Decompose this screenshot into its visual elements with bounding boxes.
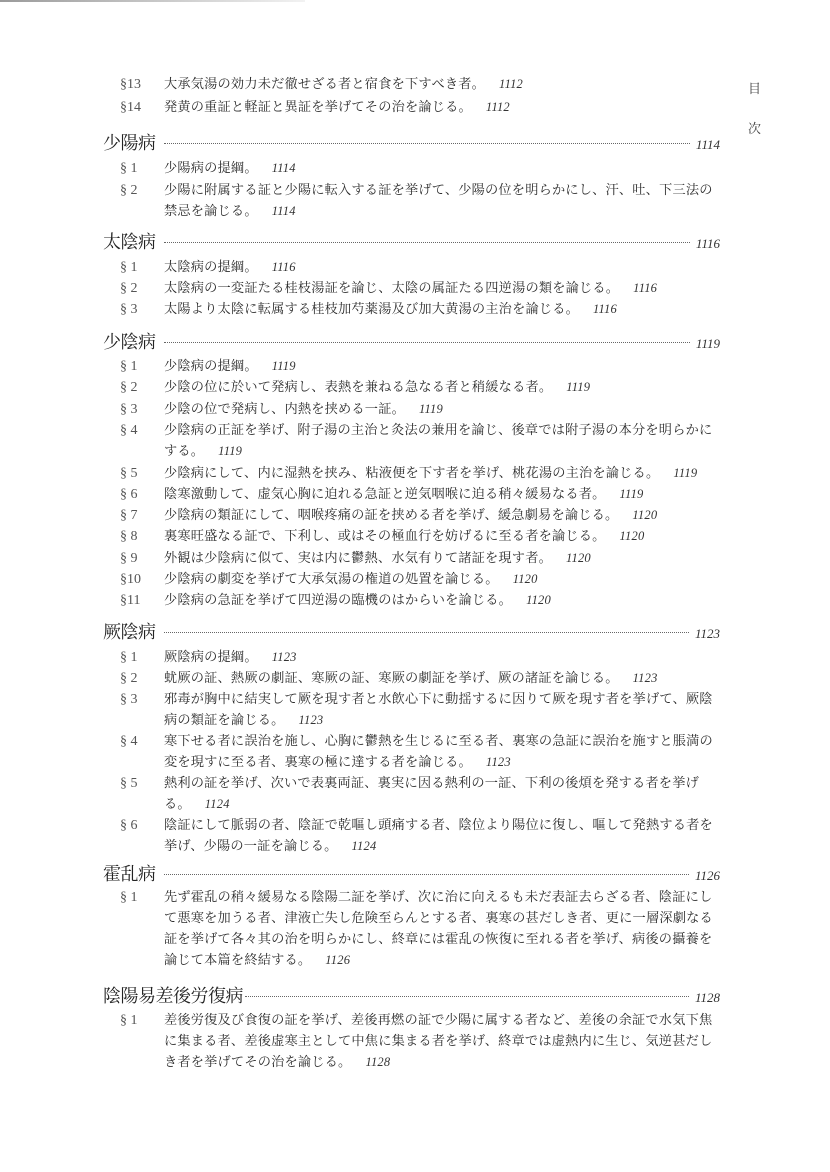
section-page: 1112 bbox=[499, 77, 523, 91]
section-number: § 7 bbox=[120, 505, 160, 526]
chapter-heading-shoin: 少陰病 1119 bbox=[103, 328, 720, 354]
toc-section: § 4 寒下せる者に誤治を施し、心胸に鬱熱を生じるに至る者、裏寒の急証に誤治を施… bbox=[120, 731, 725, 773]
section-page: 1124 bbox=[352, 839, 377, 853]
section-page: 1116 bbox=[593, 302, 617, 316]
section-text: 少陽病の提綱。 bbox=[164, 161, 258, 176]
toc-section: § 1 少陰病の提綱。1119 bbox=[120, 356, 725, 377]
toc-section: §13 大承気湯の効力未だ徹せざる者と宿食を下すべき者。1112 bbox=[120, 74, 725, 95]
section-text: 先ず霍乱の稍々緩易なる陰陽二証を挙げ、次に治に向えるも未だ表証去らざる者、陰証に… bbox=[164, 890, 713, 968]
section-page: 1120 bbox=[513, 572, 538, 586]
toc-section: §11 少陰病の急証を挙げて四逆湯の臨機のはからいを論じる。1120 bbox=[120, 590, 725, 611]
section-page: 1123 bbox=[486, 755, 511, 769]
section-text: 寒下せる者に誤治を施し、心胸に鬱熱を生じるに至る者、裏寒の急証に誤治を施すと脹満… bbox=[164, 734, 713, 770]
section-number: §11 bbox=[120, 590, 160, 611]
toc-section: § 3 邪毒が胸中に結実して厥を現す者と水飲心下に動揺するに因りて厥を現す者を挙… bbox=[120, 689, 725, 731]
section-text: 発黄の重証と軽証と異証を挙げてその治を論じる。 bbox=[164, 100, 472, 115]
section-page: 1119 bbox=[218, 444, 242, 458]
chapter-page: 1128 bbox=[695, 990, 720, 1006]
side-label-ji: 次 bbox=[748, 118, 761, 137]
section-page: 1126 bbox=[325, 953, 350, 967]
section-number: § 6 bbox=[120, 484, 160, 505]
toc-section: § 7 少陰病の類証にして、咽喉疼痛の証を挟める者を挙げ、緩急劇易を論じる。11… bbox=[120, 505, 725, 526]
toc-section: § 8 裏寒旺盛なる証で、下利し、或はその極血行を妨げるに至る者を論じる。112… bbox=[120, 526, 725, 547]
chapter-title: 陰陽易差後労復病 bbox=[103, 982, 243, 1008]
section-number: § 1 bbox=[120, 356, 160, 377]
side-label-moku: 目 bbox=[748, 78, 761, 97]
section-text: 邪毒が胸中に結実して厥を現す者と水飲心下に動揺するに因りて厥を現す者を挙げて、厥… bbox=[164, 692, 713, 728]
section-page: 1116 bbox=[633, 281, 657, 295]
dot-leader bbox=[164, 342, 690, 343]
chapter-title: 少陽病 bbox=[103, 129, 156, 155]
section-number: § 3 bbox=[120, 399, 160, 420]
section-text: 太陽より太陰に転属する桂枝加芍薬湯及び加大黄湯の主治を論じる。 bbox=[164, 302, 579, 317]
section-page: 1120 bbox=[620, 529, 645, 543]
section-number: § 1 bbox=[120, 647, 160, 668]
section-number: § 2 bbox=[120, 377, 160, 398]
section-number: § 1 bbox=[120, 257, 160, 278]
toc-section: § 3 少陰の位で発病し、内熱を挟める一証。1119 bbox=[120, 399, 725, 420]
section-text: 少陰の位で発病し、内熱を挟める一証。 bbox=[164, 402, 405, 417]
section-number: § 8 bbox=[120, 526, 160, 547]
chapter-heading-ketsuin: 厥陰病 1123 bbox=[103, 618, 720, 644]
section-page: 1120 bbox=[566, 551, 591, 565]
section-text: 少陰病の劇変を挙げて大承気湯の権道の処置を論じる。 bbox=[164, 572, 499, 587]
chapter-heading-inyoeki: 陰陽易差後労復病 1128 bbox=[103, 982, 720, 1008]
toc-section: §14 発黄の重証と軽証と異証を挙げてその治を論じる。1112 bbox=[120, 97, 725, 118]
section-page: 1123 bbox=[633, 671, 658, 685]
section-text: 熱利の証を挙げ、次いで表裏両証、裏実に因る熱利の一証、下利の後煩を発する者を挙げ… bbox=[164, 776, 699, 812]
section-number: § 6 bbox=[120, 815, 160, 836]
section-page: 1114 bbox=[272, 204, 296, 218]
section-text: 少陽に附属する証と少陽に転入する証を挙げて、少陽の位を明らかにし、汗、吐、下三法… bbox=[164, 183, 713, 219]
section-page: 1116 bbox=[272, 260, 296, 274]
dot-leader bbox=[164, 632, 689, 633]
section-page: 1123 bbox=[272, 650, 297, 664]
chapter-heading-kakuran: 霍乱病 1126 bbox=[103, 860, 720, 886]
toc-section: § 1 厥陰病の提綱。1123 bbox=[120, 647, 725, 668]
section-text: 少陰病の急証を挙げて四逆湯の臨機のはからいを論じる。 bbox=[164, 593, 512, 608]
section-page: 1123 bbox=[299, 713, 324, 727]
section-text: 太陰病の一変証たる桂枝湯証を論じ、太陰の属証たる四逆湯の類を論じる。 bbox=[164, 281, 619, 296]
chapter-heading-shoyo: 少陽病 1114 bbox=[103, 129, 720, 155]
chapter-title: 少陰病 bbox=[103, 328, 156, 354]
section-number: § 5 bbox=[120, 773, 160, 794]
section-number: § 9 bbox=[120, 548, 160, 569]
dot-leader bbox=[164, 874, 689, 875]
section-text: 少陰の位に於いて発病し、表熱を兼ねる急なる者と稍緩なる者。 bbox=[164, 380, 552, 395]
section-text: 厥陰病の提綱。 bbox=[164, 650, 258, 665]
toc-section: § 2 太陰病の一変証たる桂枝湯証を論じ、太陰の属証たる四逆湯の類を論じる。11… bbox=[120, 278, 725, 299]
toc-section: § 5 熱利の証を挙げ、次いで表裏両証、裏実に因る熱利の一証、下利の後煩を発する… bbox=[120, 773, 725, 815]
toc-section: § 1 太陰病の提綱。1116 bbox=[120, 257, 725, 278]
dot-leader bbox=[245, 996, 689, 997]
toc-section: § 2 蚘厥の証、熱厥の劇証、寒厥の証、寒厥の劇証を挙げ、厥の諸証を論じる。11… bbox=[120, 668, 725, 689]
section-text: 蚘厥の証、熱厥の劇証、寒厥の証、寒厥の劇証を挙げ、厥の諸証を論じる。 bbox=[164, 671, 619, 686]
section-number: § 2 bbox=[120, 278, 160, 299]
section-page: 1124 bbox=[205, 797, 230, 811]
toc-section: § 3 太陽より太陰に転属する桂枝加芍薬湯及び加大黄湯の主治を論じる。1116 bbox=[120, 299, 725, 320]
section-number: § 1 bbox=[120, 158, 160, 179]
section-text: 少陰病にして、内に湿熱を挟み、粘液便を下す者を挙げ、桃花湯の主治を論じる。 bbox=[164, 466, 659, 481]
chapter-page: 1123 bbox=[695, 626, 720, 642]
toc-section: §10 少陰病の劇変を挙げて大承気湯の権道の処置を論じる。1120 bbox=[120, 569, 725, 590]
section-number: § 3 bbox=[120, 689, 160, 710]
section-page: 1119 bbox=[673, 466, 697, 480]
section-number: §10 bbox=[120, 569, 160, 590]
section-page: 1119 bbox=[272, 359, 296, 373]
chapter-heading-taiin: 太陰病 1116 bbox=[103, 228, 720, 254]
section-number: § 1 bbox=[120, 887, 160, 908]
toc-section: § 2 少陰の位に於いて発病し、表熱を兼ねる急なる者と稍緩なる者。1119 bbox=[120, 377, 725, 398]
section-text: 陰寒激動して、虚気心胸に迫れる急証と逆気咽喉に迫る稍々緩易なる者。 bbox=[164, 487, 606, 502]
toc-section: § 6 陰証にして脈弱の者、陰証で乾嘔し頭痛する者、陰位より陽位に復し、嘔して発… bbox=[120, 815, 725, 857]
chapter-page: 1126 bbox=[695, 868, 720, 884]
toc-section: § 1 先ず霍乱の稍々緩易なる陰陽二証を挙げ、次に治に向えるも未だ表証去らざる者… bbox=[120, 887, 725, 971]
toc-section: § 4 少陰病の正証を挙げ、附子湯の主治と灸法の兼用を論じ、後章では附子湯の本分… bbox=[120, 420, 725, 462]
toc-section: § 1 少陽病の提綱。1114 bbox=[120, 158, 725, 179]
chapter-page: 1119 bbox=[696, 336, 720, 352]
section-text: 差後労復及び食復の証を挙げ、差後再燃の証で少陽に属する者など、差後の余証で水気下… bbox=[164, 1013, 712, 1070]
chapter-page: 1116 bbox=[696, 236, 720, 252]
toc-section: § 6 陰寒激動して、虚気心胸に迫れる急証と逆気咽喉に迫る稍々緩易なる者。111… bbox=[120, 484, 725, 505]
section-number: § 1 bbox=[120, 1010, 160, 1031]
section-text: 太陰病の提綱。 bbox=[164, 260, 258, 275]
section-page: 1120 bbox=[526, 593, 551, 607]
section-number: § 5 bbox=[120, 463, 160, 484]
section-page: 1114 bbox=[272, 161, 296, 175]
section-text: 少陰病の提綱。 bbox=[164, 359, 258, 374]
toc-section: § 1 差後労復及び食復の証を挙げ、差後再燃の証で少陽に属する者など、差後の余証… bbox=[120, 1010, 725, 1073]
section-text: 陰証にして脈弱の者、陰証で乾嘔し頭痛する者、陰位より陽位に復し、嘔して発熱する者… bbox=[164, 818, 713, 854]
section-text: 大承気湯の効力未だ徹せざる者と宿食を下すべき者。 bbox=[164, 77, 485, 92]
scan-top-edge bbox=[0, 0, 305, 2]
section-page: 1120 bbox=[632, 508, 657, 522]
section-text: 少陰病の正証を挙げ、附子湯の主治と灸法の兼用を論じ、後章では附子湯の本分を明らか… bbox=[164, 423, 712, 459]
section-number: § 2 bbox=[120, 668, 160, 689]
section-number: §13 bbox=[120, 74, 160, 95]
section-page: 1119 bbox=[419, 402, 443, 416]
toc-section: § 5 少陰病にして、内に湿熱を挟み、粘液便を下す者を挙げ、桃花湯の主治を論じる… bbox=[120, 463, 725, 484]
section-page: 1112 bbox=[486, 100, 510, 114]
chapter-title: 霍乱病 bbox=[103, 860, 156, 886]
section-number: § 3 bbox=[120, 299, 160, 320]
toc-section: § 9 外観は少陰病に似て、実は内に鬱熱、水気有りて諸証を現す者。1120 bbox=[120, 548, 725, 569]
section-number: § 4 bbox=[120, 420, 160, 441]
section-number: § 4 bbox=[120, 731, 160, 752]
section-page: 1119 bbox=[566, 380, 590, 394]
section-text: 少陰病の類証にして、咽喉疼痛の証を挟める者を挙げ、緩急劇易を論じる。 bbox=[164, 508, 618, 523]
section-number: § 2 bbox=[120, 180, 160, 201]
dot-leader bbox=[164, 242, 690, 243]
chapter-page: 1114 bbox=[696, 137, 720, 153]
toc-section: § 2 少陽に附属する証と少陽に転入する証を挙げて、少陽の位を明らかにし、汗、吐… bbox=[120, 180, 725, 222]
section-text: 外観は少陰病に似て、実は内に鬱熱、水気有りて諸証を現す者。 bbox=[164, 551, 552, 566]
chapter-title: 厥陰病 bbox=[103, 618, 156, 644]
dot-leader bbox=[164, 143, 690, 144]
section-number: §14 bbox=[120, 97, 160, 118]
chapter-title: 太陰病 bbox=[103, 228, 156, 254]
section-page: 1128 bbox=[365, 1055, 390, 1069]
section-text: 裏寒旺盛なる証で、下利し、或はその極血行を妨げるに至る者を論じる。 bbox=[164, 529, 606, 544]
section-page: 1119 bbox=[620, 487, 644, 501]
